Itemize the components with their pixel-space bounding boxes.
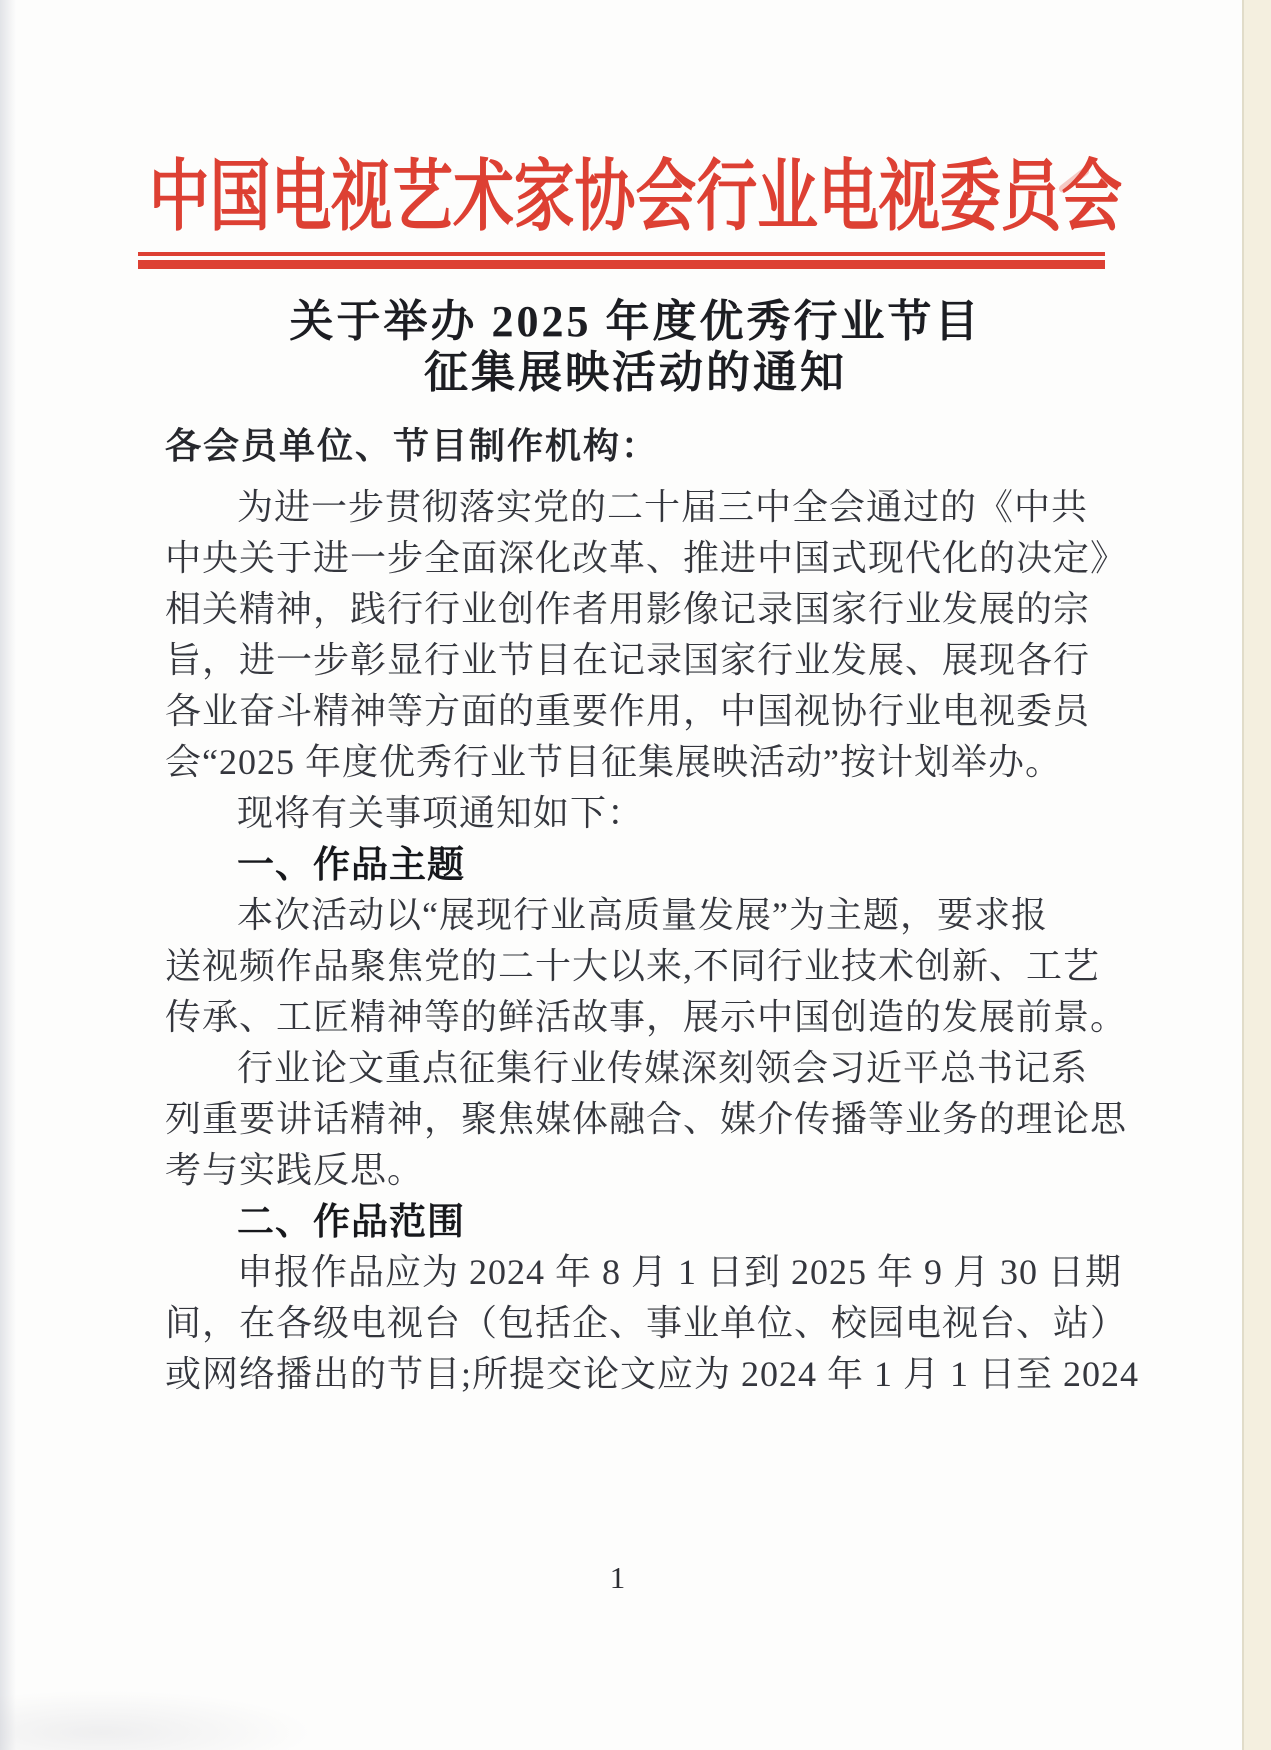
body-line: 各业奋斗精神等方面的重要作用，中国视协行业电视委员: [165, 686, 1115, 737]
body-line: 传承、工匠精神等的鲜活故事，展示中国创造的发展前景。: [165, 992, 1115, 1043]
body-line: 中央关于进一步全面深化改革、推进中国式现代化的决定》: [165, 533, 1115, 584]
scanned-document-page: 中国电视艺术家协会行业电视委员会 关于举办 2025 年度优秀行业节目 征集展映…: [0, 0, 1271, 1750]
letterhead-rule: [138, 252, 1105, 269]
document-title: 关于举办 2025 年度优秀行业节目 征集展映活动的通知: [0, 296, 1271, 398]
document-body: 为进一步贯彻落实党的二十届三中全会通过的《中共中央关于进一步全面深化改革、推进中…: [165, 482, 1115, 1400]
body-line: 送视频作品聚焦党的二十大以来,不同行业技术创新、工艺: [165, 941, 1115, 992]
body-line: 二、作品范围: [165, 1196, 1115, 1247]
body-line: 现将有关事项通知如下：: [165, 788, 1115, 839]
salutation: 各会员单位、节目制作机构：: [165, 418, 659, 469]
body-line: 一、作品主题: [165, 839, 1115, 890]
scan-edge-band: [1242, 0, 1271, 1750]
body-line: 行业论文重点征集行业传媒深刻领会习近平总书记系: [165, 1043, 1115, 1094]
body-line: 考与实践反思。: [165, 1145, 1115, 1196]
body-line: 或网络播出的节目;所提交论文应为 2024 年 1 月 1 日至 2024: [165, 1349, 1115, 1400]
body-line: 本次活动以“展现行业高质量发展”为主题，要求报: [165, 890, 1115, 941]
body-line: 为进一步贯彻落实党的二十届三中全会通过的《中共: [165, 482, 1115, 533]
body-line: 旨，进一步彰显行业节目在记录国家行业发展、展现各行: [165, 635, 1115, 686]
body-line: 申报作品应为 2024 年 8 月 1 日到 2025 年 9 月 30 日期: [165, 1247, 1115, 1298]
body-line: 间，在各级电视台（包括企、事业单位、校园电视台、站）: [165, 1298, 1115, 1349]
document-title-line1: 关于举办 2025 年度优秀行业节目: [0, 296, 1271, 347]
letterhead-title: 中国电视艺术家协会行业电视委员会: [140, 146, 1131, 246]
letterhead-rule-thick: [138, 260, 1105, 269]
body-line: 会“2025 年度优秀行业节目征集展映活动”按计划举办。: [165, 737, 1115, 788]
letterhead-rule-thin: [138, 252, 1105, 256]
body-line: 相关精神，践行行业创作者用影像记录国家行业发展的宗: [165, 584, 1115, 635]
page-number: 1: [0, 1560, 1253, 1596]
body-line: 列重要讲话精神，聚焦媒体融合、媒介传播等业务的理论思: [165, 1094, 1115, 1145]
document-title-line2: 征集展映活动的通知: [0, 347, 1271, 398]
